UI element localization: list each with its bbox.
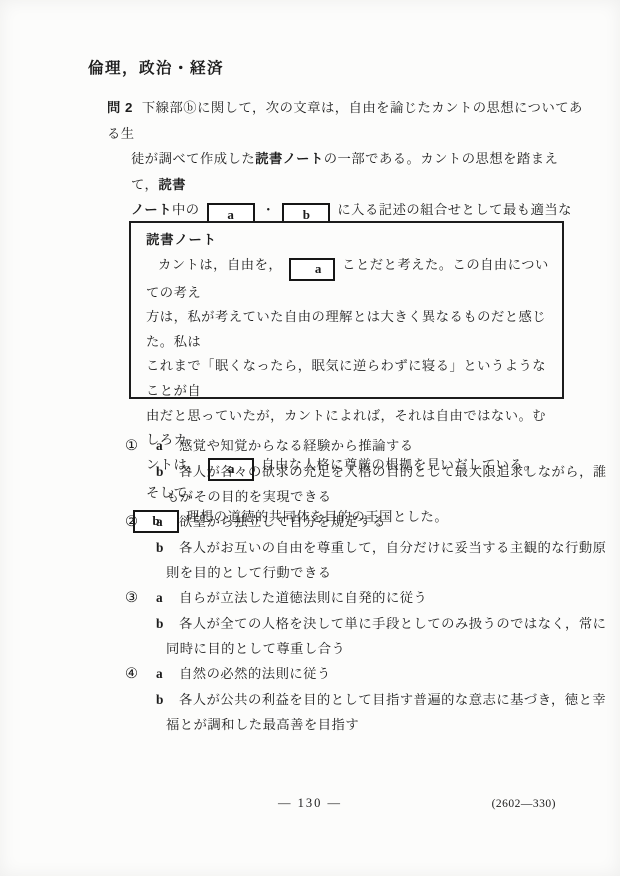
- option-b-label: b: [156, 611, 179, 636]
- separator-dot: ・: [262, 202, 276, 217]
- question-line-1: 問 2下線部ⓑに関して，次の文章は，自由を論じたカントの思想についてある生: [107, 95, 585, 146]
- question-text: 下線部ⓑに関して，次の文章は，自由を論じたカントの思想についてある生: [107, 100, 583, 141]
- option-a-text: 欲望から独立して自分を規定する: [179, 514, 386, 529]
- option-a-label: a: [156, 661, 179, 686]
- option-a-text: 感覚や知覚からなる経験から推論する: [179, 438, 414, 453]
- option-a-line: ①a感覚や知覚からなる経験から推論する: [125, 433, 603, 459]
- note-line-3: これまで「眠くなったら，眠気に逆らわずに寝る」というようなことが自: [146, 354, 549, 403]
- option-b-label: b: [156, 459, 179, 484]
- note-line-1: カントは，自由を，aことだと考えた。この自由についての考え: [146, 253, 549, 306]
- option-b-line: b各人が全ての人格を決して単に手段としてのみ扱うのではなく，常に: [156, 611, 603, 636]
- note-line-2: 方は，私が考えていた自由の理解とは大きく異なるものだと感じた。私は: [146, 305, 549, 354]
- options-list: ①a感覚や知覚からなる経験から推論する b各人が各々の欲求の充足を人格の目的とし…: [125, 433, 603, 737]
- page-title: 倫理，政治・経済: [88, 56, 224, 78]
- option-1: ①a感覚や知覚からなる経験から推論する b各人が各々の欲求の充足を人格の目的とし…: [125, 433, 603, 509]
- option-4: ④a自然の必然的法則に従う b各人が公共の利益を目的として目指す普遍的な意志に基…: [125, 661, 603, 737]
- option-circled-number: ③: [125, 586, 156, 611]
- option-a-text: 自然の必然的法則に従う: [179, 666, 331, 681]
- emphasis-text: 読書: [158, 177, 186, 192]
- option-b-line: b各人が公共の利益を目的として目指す普遍的な意志に基づき，徳と幸: [156, 687, 603, 712]
- option-circled-number: ①: [125, 434, 156, 459]
- option-b-line-wrap: 則を目的として行動できる: [166, 560, 603, 585]
- note-title: 読書ノート: [146, 228, 549, 253]
- option-3: ③a自らが立法した道徳法則に自発的に従う b各人が全ての人格を決して単に手段とし…: [125, 585, 603, 661]
- reading-note-box: 読書ノート カントは，自由を，aことだと考えた。この自由についての考え 方は，私…: [129, 221, 564, 399]
- blank-box-a: a: [289, 258, 335, 281]
- emphasis-text: 読書ノート: [255, 151, 324, 166]
- option-b-text: 各人がお互いの自由を尊重して，自分だけに妥当する主観的な行動原: [179, 540, 606, 555]
- option-b-text: 各人が全ての人格を決して単に手段としてのみ扱うのではなく，常に: [179, 616, 606, 631]
- option-b-label: b: [156, 535, 179, 560]
- option-a-label: a: [156, 509, 179, 534]
- option-b-line-wrap: 同時に目的として尊重し合う: [166, 636, 603, 661]
- question-number-label: 問 2: [107, 100, 133, 115]
- footer-booklet-code: (2602—330): [492, 798, 556, 810]
- option-a-label: a: [156, 433, 179, 458]
- option-b-line-wrap: もがその目的を実現できる: [166, 484, 603, 509]
- option-a-line: ③a自らが立法した道徳法則に自発的に従う: [125, 585, 603, 611]
- question-text: 徒が調べて作成した: [131, 151, 255, 166]
- option-a-line: ④a自然の必然的法則に従う: [125, 661, 603, 687]
- emphasis-text: ノート: [131, 202, 172, 217]
- note-text: カントは，自由を，: [158, 257, 282, 272]
- option-b-text: 各人が公共の利益を目的として目指す普遍的な意志に基づき，徳と幸: [179, 692, 606, 707]
- option-a-line: ②a欲望から独立して自分を規定する: [125, 509, 603, 535]
- option-circled-number: ②: [125, 510, 156, 535]
- question-text: 中の: [172, 202, 200, 217]
- option-b-label: b: [156, 687, 179, 712]
- option-2: ②a欲望から独立して自分を規定する b各人がお互いの自由を尊重して，自分だけに妥…: [125, 509, 603, 585]
- option-circled-number: ④: [125, 662, 156, 687]
- option-a-label: a: [156, 585, 179, 610]
- option-b-text: 各人が各々の欲求の充足を人格の目的として最大限追求しながら，誰: [179, 464, 607, 479]
- scan-speck: [467, 205, 469, 207]
- option-b-line: b各人が各々の欲求の充足を人格の目的として最大限追求しながら，誰: [156, 459, 603, 484]
- exam-page: 倫理，政治・経済 問 2下線部ⓑに関して，次の文章は，自由を論じたカントの思想に…: [0, 0, 620, 876]
- option-a-text: 自らが立法した道徳法則に自発的に従う: [179, 590, 427, 605]
- question-line-2: 徒が調べて作成した読書ノートの一部である。カントの思想を踏まえて，読書: [131, 146, 585, 197]
- option-b-line: b各人がお互いの自由を尊重して，自分だけに妥当する主観的な行動原: [156, 535, 603, 560]
- option-b-line-wrap: 福とが調和した最高善を目指す: [166, 712, 603, 737]
